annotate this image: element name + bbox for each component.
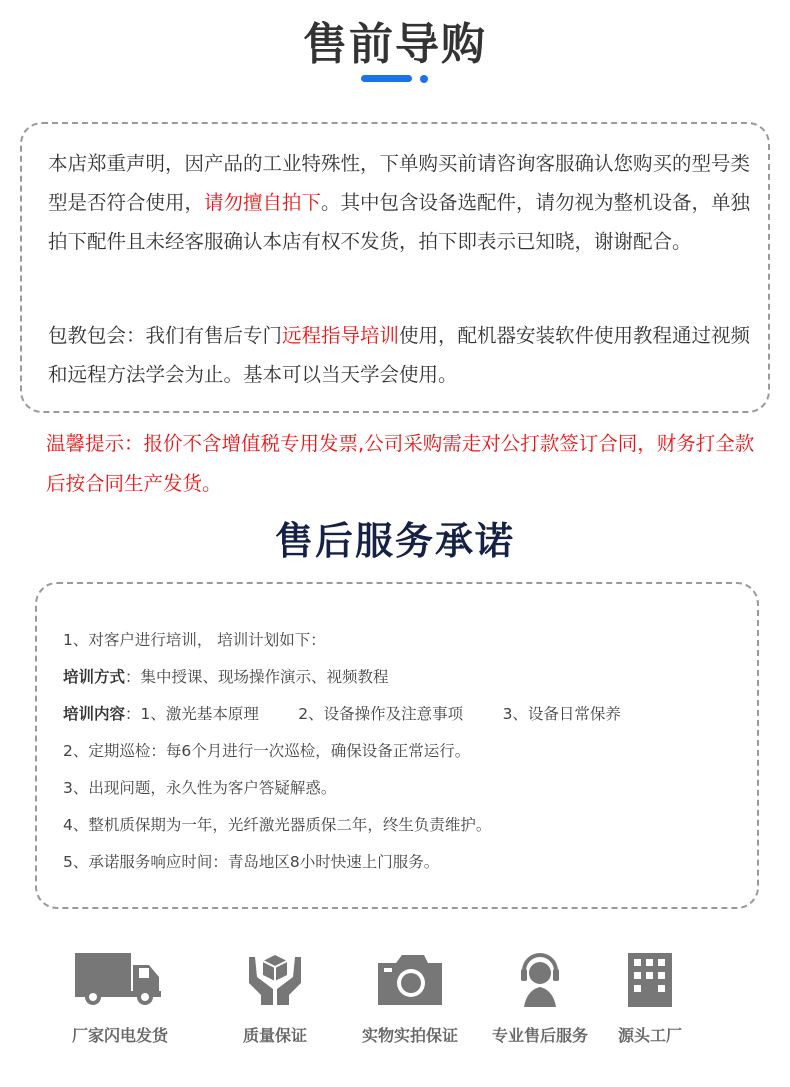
feature-real-photos: 实物实拍保证 xyxy=(345,945,475,1046)
hands-box-icon xyxy=(247,951,303,1007)
feature-fast-shipping: 厂家闪电发货 xyxy=(55,945,185,1046)
warning-highlight: 请勿擅自拍下 xyxy=(204,191,321,214)
feature-strip: 厂家闪电发货 质量保证 实物实拍保证 专业售后服务 xyxy=(60,945,750,1055)
feature-label: 质量保证 xyxy=(210,1023,340,1046)
training-text: 包教包会：我们有售后专门 xyxy=(48,324,282,347)
aftersale-title: 售后服务承诺 xyxy=(0,510,790,565)
service-item: 2、定期巡检：每6个月进行一次巡检，确保设备正常运行。 xyxy=(63,739,470,761)
truck-icon xyxy=(75,951,165,1007)
service-item: 4、整机质保期为一年，光纤激光器质保二年，终生负责维护。 xyxy=(63,813,491,835)
feature-label: 厂家闪电发货 xyxy=(55,1023,185,1046)
title-underline-bar xyxy=(361,75,412,82)
item-text: 4、整机质保期为一年，光纤激光器质保二年，终生负责维护。 xyxy=(63,816,491,834)
item-label: 培训内容 xyxy=(63,705,125,723)
headset-agent-icon xyxy=(518,951,562,1007)
item-text: 2、定期巡检：每6个月进行一次巡检，确保设备正常运行。 xyxy=(63,742,470,760)
item-label: 培训方式 xyxy=(63,668,125,686)
service-item: 1、对客户进行培训， 培训计划如下： xyxy=(63,628,326,650)
disclaimer-paragraph: 本店郑重声明，因产品的工业特殊性，下单购买前请咨询客服确认您购买的型号类型是否符… xyxy=(48,144,753,261)
service-item: 培训方式：集中授课、现场操作演示、视频教程 xyxy=(63,665,389,687)
building-icon xyxy=(626,951,674,1007)
item-text: ：1、激光基本原理 2、设备操作及注意事项 3、设备日常保养 xyxy=(125,705,621,723)
feature-source-factory: 源头工厂 xyxy=(585,945,715,1046)
service-item: 5、承诺服务响应时间：青岛地区8小时快速上门服务。 xyxy=(63,850,439,872)
feature-label: 实物实拍保证 xyxy=(345,1023,475,1046)
training-paragraph: 包教包会：我们有售后专门远程指导培训使用，配机器安装软件使用教程通过视频和远程方… xyxy=(48,316,753,394)
aftersale-box: 1、对客户进行培训， 培训计划如下： 培训方式：集中授课、现场操作演示、视频教程… xyxy=(35,582,759,909)
service-item: 3、出现问题，永久性为客户答疑解惑。 xyxy=(63,776,336,798)
presale-notice-box: 本店郑重声明，因产品的工业特殊性，下单购买前请咨询客服确认您购买的型号类型是否符… xyxy=(20,122,770,413)
item-text: ：集中授课、现场操作演示、视频教程 xyxy=(125,668,389,686)
feature-label: 源头工厂 xyxy=(585,1023,715,1046)
training-highlight: 远程指导培训 xyxy=(282,324,399,347)
item-text: 5、承诺服务响应时间：青岛地区8小时快速上门服务。 xyxy=(63,853,439,871)
invoice-notice: 温馨提示：报价不含增值税专用发票,公司采购需走对公打款签订合同，财务打全款后按合… xyxy=(46,424,766,504)
item-text: 3、出现问题，永久性为客户答疑解惑。 xyxy=(63,779,336,797)
presale-title: 售前导购 xyxy=(0,8,790,72)
title-underline-dot xyxy=(420,75,428,83)
service-item: 培训内容：1、激光基本原理 2、设备操作及注意事项 3、设备日常保养 xyxy=(63,702,621,724)
feature-quality: 质量保证 xyxy=(210,945,340,1046)
camera-icon xyxy=(374,953,446,1007)
item-text: 1、对客户进行培训， 培训计划如下： xyxy=(63,631,326,649)
